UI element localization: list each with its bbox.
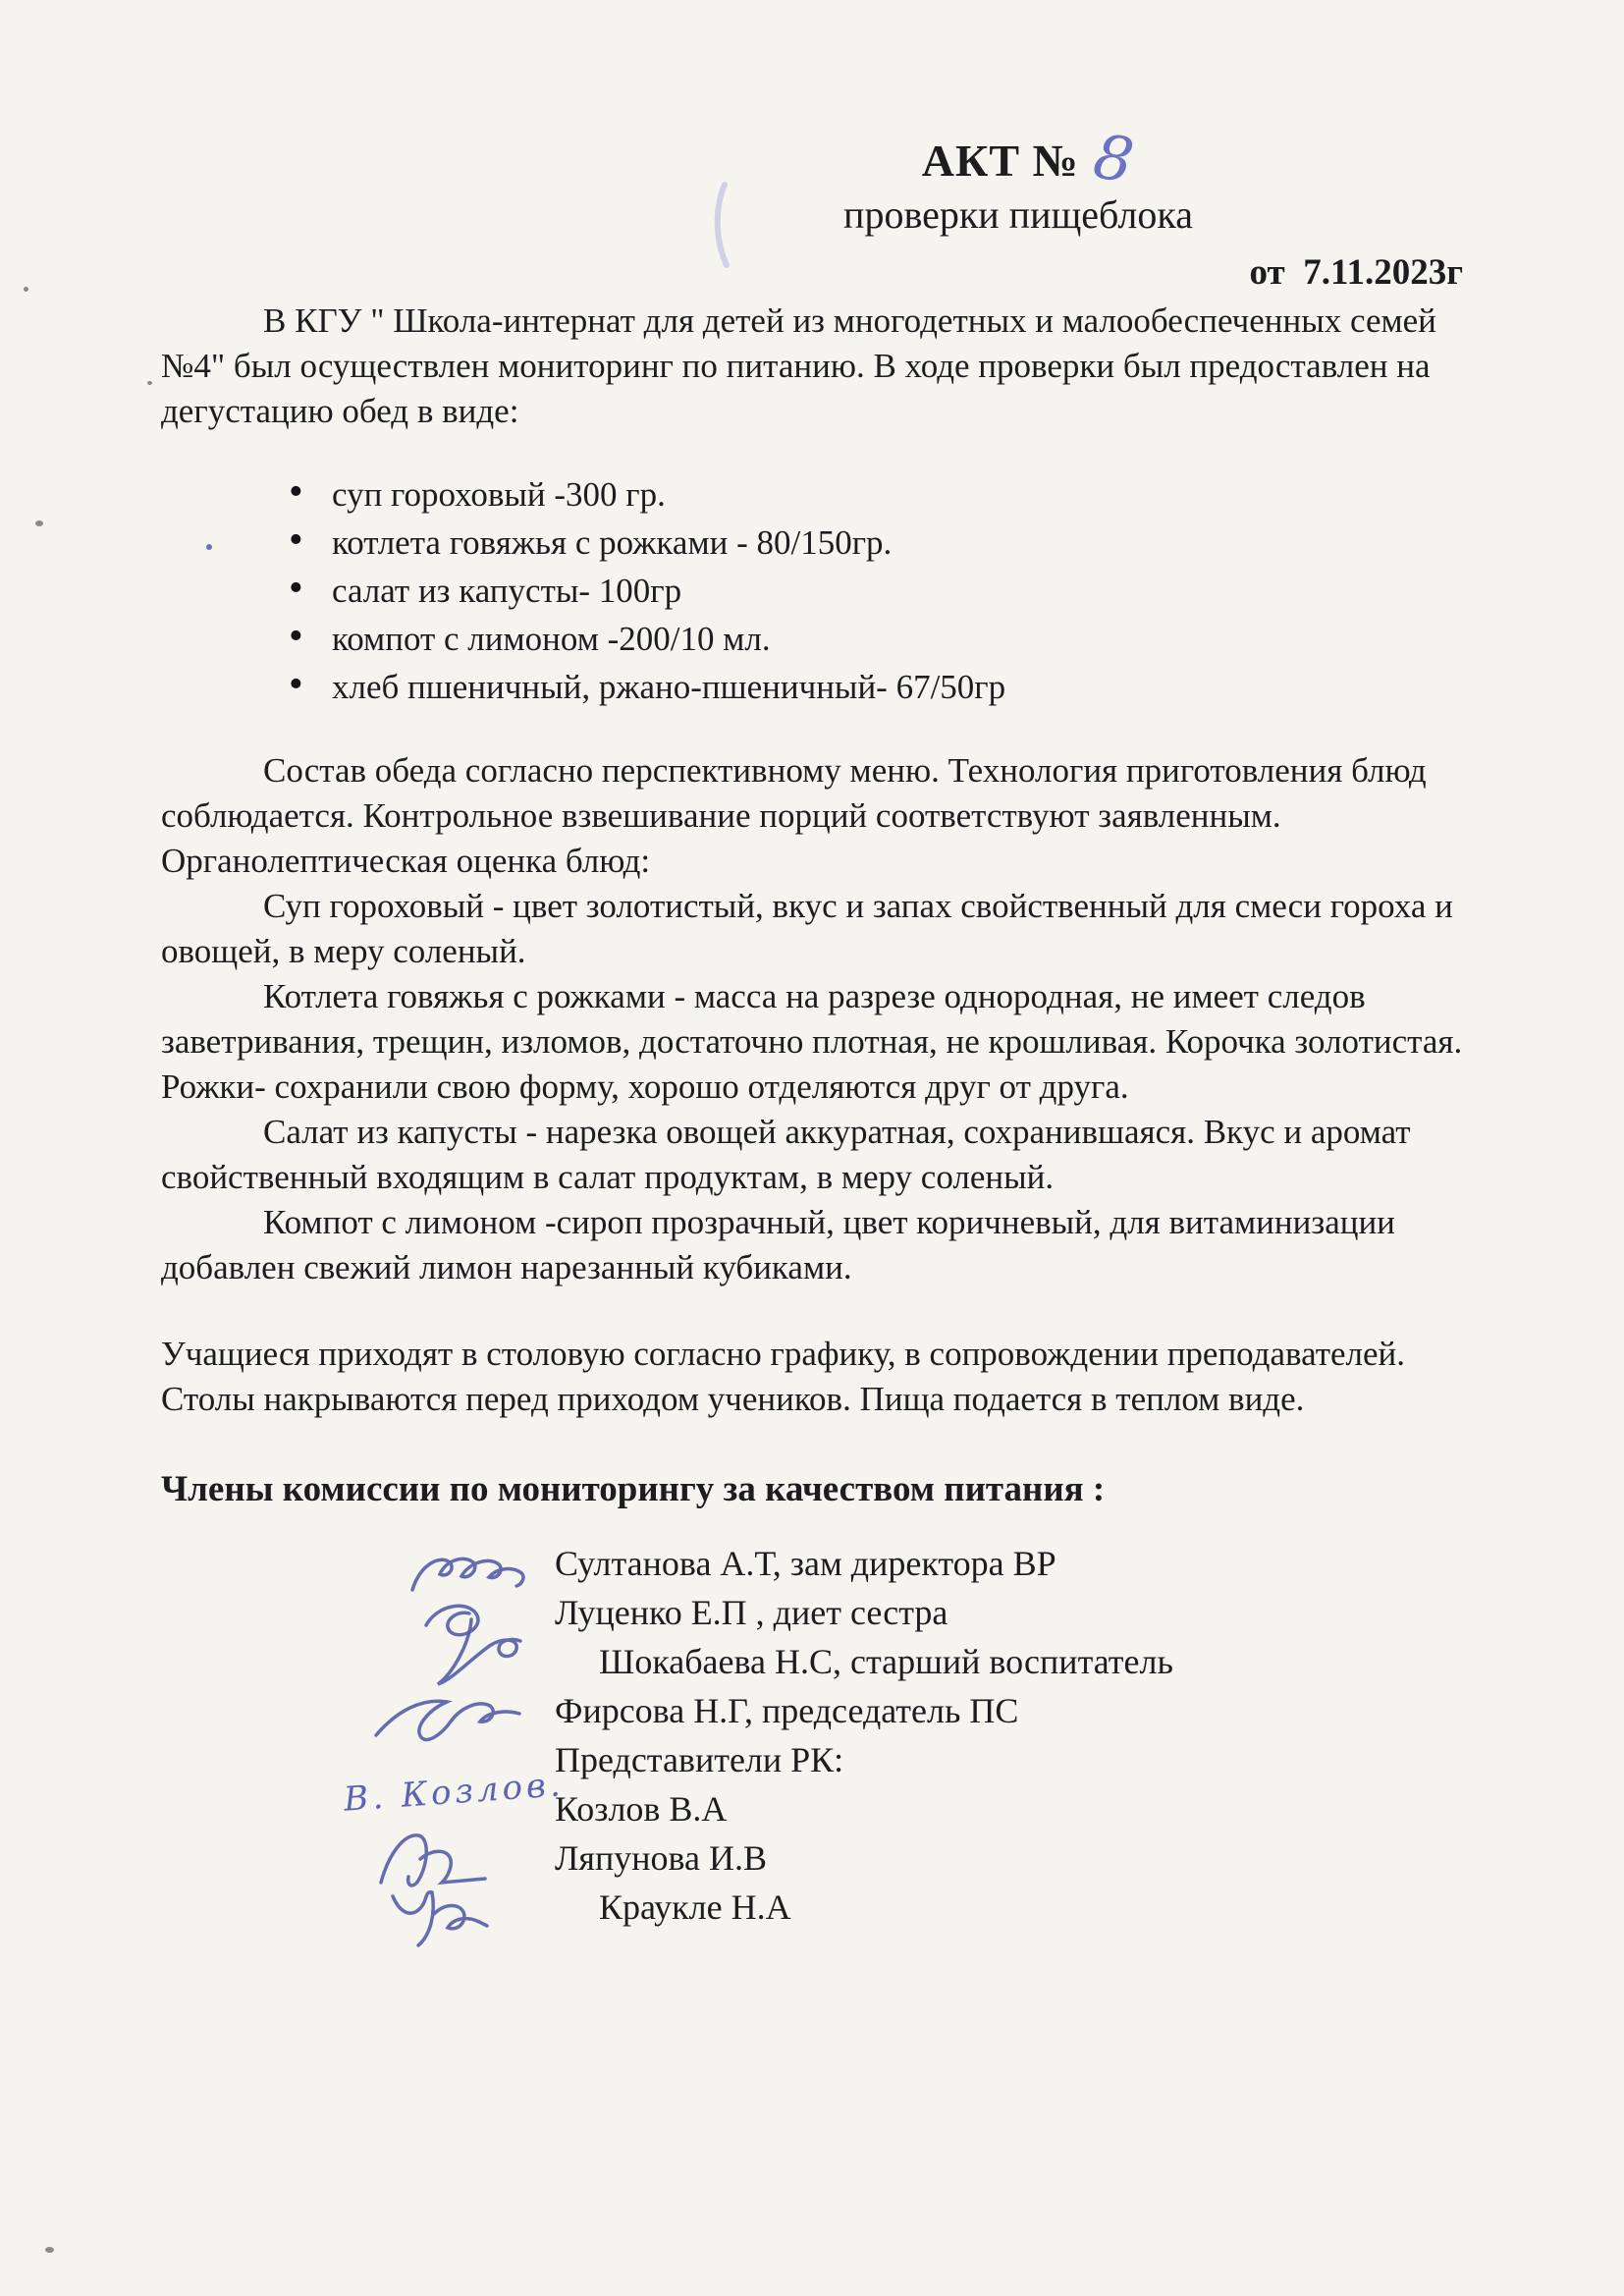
scanned-document-page: { "document": { "title_prefix": "АКТ №",… — [0, 0, 1624, 2296]
signature-lutsenko — [426, 1606, 520, 1684]
menu-item: хлеб пшеничный, ржано-пшеничный- 67/50гр — [161, 668, 1463, 707]
signature-firsova — [376, 1701, 519, 1739]
signature-section: В. Козлов. Султанова А.Т, зам директора … — [161, 1539, 1463, 1991]
paragraph-students-schedule: Учащиеся приходят в столовую согласно гр… — [161, 1332, 1463, 1422]
commission-member: Козлов В.А — [555, 1784, 1463, 1833]
menu-item: суп гороховый -300 гр. — [161, 475, 1463, 515]
commission-member: Представители РК: — [555, 1735, 1463, 1784]
document-content: АКТ №8 проверки пищеблока от 7.11.2023г … — [0, 0, 1624, 1991]
intro-paragraph: В КГУ " Школа-интернат для детей из мног… — [161, 299, 1463, 434]
menu-item: салат из капусты- 100гр — [161, 572, 1463, 611]
menu-item: компот с лимоном -200/10 мл. — [161, 620, 1463, 659]
signature-lyapunova — [381, 1835, 485, 1886]
document-date: от 7.11.2023г — [161, 251, 1463, 295]
scan-speck — [45, 2247, 54, 2253]
menu-item-text: хлеб пшеничный, ржано-пшеничный- 67/50гр — [332, 668, 1005, 706]
menu-item-text: суп гороховый -300 гр. — [332, 475, 666, 514]
signature-kraukle — [393, 1892, 487, 1945]
paragraph-lunch-composition: Состав обеда согласно перспективному мен… — [161, 748, 1463, 884]
commission-member: Шокабаева Н.С, старший воспитатель — [599, 1637, 1463, 1686]
paragraph-beef-cutlet: Котлета говяжья с рожками - масса на раз… — [161, 974, 1463, 1110]
document-title: АКТ №8 — [377, 128, 1624, 189]
menu-item-text: салат из капусты- 100гр — [332, 572, 681, 610]
signature-kozlov-handwritten: В. Козлов. — [343, 1765, 566, 1820]
menu-item-text: котлета говяжья с рожками - 80/150гр. — [332, 523, 892, 562]
commission-member: Ляпунова И.В — [555, 1833, 1463, 1883]
menu-item-text: компот с лимоном -200/10 мл. — [332, 620, 771, 658]
title-text: АКТ № — [922, 136, 1079, 186]
commission-heading: Члены комиссии по мониторингу за качеств… — [161, 1465, 1463, 1513]
lunch-menu-list: суп гороховый -300 гр. котлета говяжья с… — [161, 475, 1463, 707]
signature-sultanova — [412, 1558, 523, 1590]
commission-member: Краукле Н.А — [599, 1883, 1463, 1932]
commission-member: Султанова А.Т, зам директора ВР — [555, 1539, 1463, 1588]
menu-item: котлета говяжья с рожками - 80/150гр. — [161, 523, 1463, 563]
paragraph-pea-soup: Суп гороховый - цвет золотистый, вкус и … — [161, 884, 1463, 974]
paragraph-cabbage-salad: Салат из капусты - нарезка овощей аккура… — [161, 1110, 1463, 1200]
handwritten-act-number: 8 — [1090, 129, 1138, 190]
paragraph-lemon-compote: Компот с лимоном -сироп прозрачный, цвет… — [161, 1200, 1463, 1290]
commission-member: Луценко Е.П , диет сестра — [555, 1588, 1463, 1637]
commission-member: Фирсова Н.Г, председатель ПС — [555, 1686, 1463, 1735]
document-subtitle: проверки пищеблока — [367, 191, 1624, 240]
